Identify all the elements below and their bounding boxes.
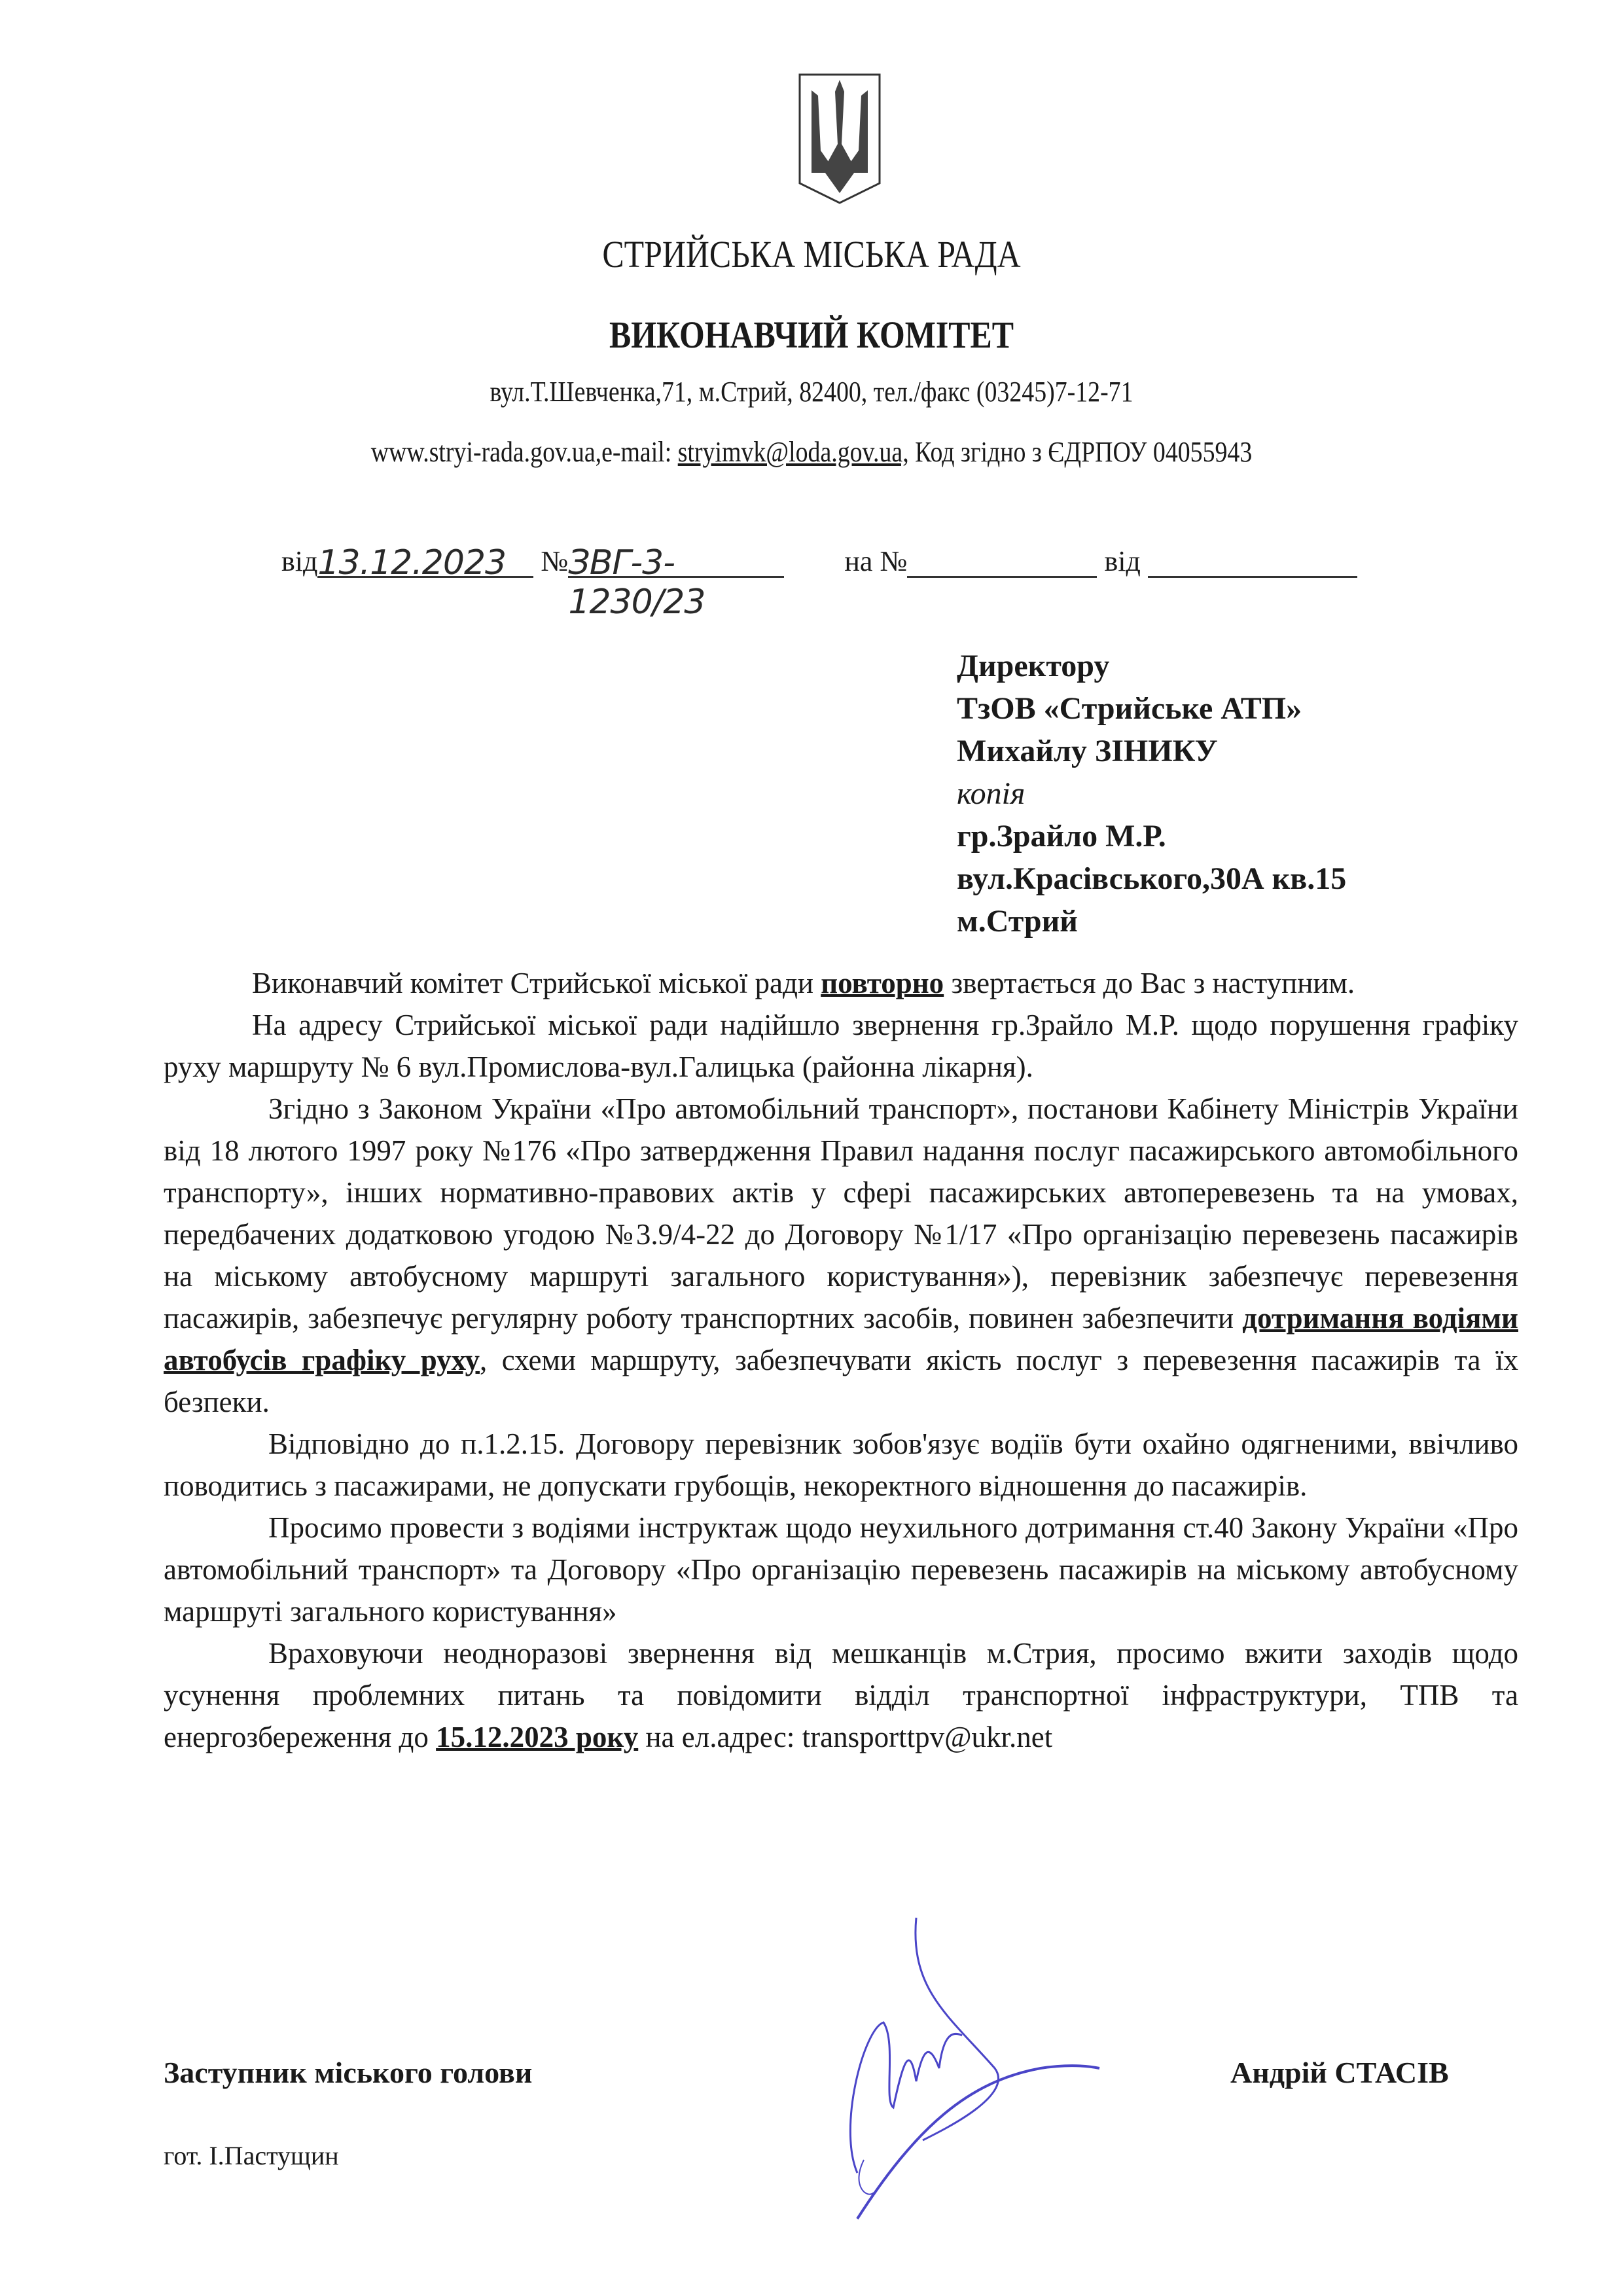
from-label: від [281,545,317,577]
organization-address: вул.Т.Шевченка,71, м.Стрий, 82400, тел./… [114,375,1510,408]
emphasis-repeatedly: повторно [821,967,944,999]
letter-body: Виконавчий комітет Стрийської міської ра… [164,962,1518,1758]
copy-recipient-city: м.Стрий [957,900,1346,942]
website-text: www.stryi-rada.gov.ua,e-mail: [371,436,678,468]
handwritten-signature-icon [753,1911,1178,2225]
paragraph-5: Просимо провести з водіями інструктаж що… [164,1507,1518,1632]
number-label: № [541,545,568,577]
signatory-title: Заступник міського голови [164,2055,532,2090]
reply-number-field [907,543,1097,578]
addressee-company: ТзОВ «Стрийське АТП» [957,687,1346,730]
copy-label: копія [957,772,1346,815]
emphasis-deadline: 15.12.2023 року [436,1721,638,1753]
addressee-position: Директору [957,645,1346,687]
number-field: ЗВГ-3-1230/23 [568,543,784,578]
reply-from-label: від [1104,545,1140,577]
edrpou-code: Код згідно з ЄДРПОУ 04055943 [909,436,1253,468]
committee-name: ВИКОНАВЧИЙ КОМІТЕТ [114,313,1510,357]
email-link[interactable]: stryimvk@loda.gov.ua, [678,436,909,468]
organization-contacts: www.stryi-rada.gov.ua,e-mail: stryimvk@l… [114,435,1510,469]
date-field: 13.12.2023 [317,543,533,578]
number-handwritten: ЗВГ-3-1230/23 [568,543,705,622]
paragraph-6: Враховуючи неодноразові звернення від ме… [164,1632,1518,1758]
copy-recipient-street: вул.Красівського,30А кв.15 [957,857,1346,900]
date-handwritten: 13.12.2023 [317,543,506,583]
paragraph-1: Виконавчий комітет Стрийської міської ра… [164,962,1518,1004]
paragraph-4: Відповідно до п.1.2.15. Договору перевіз… [164,1423,1518,1507]
coat-of-arms-trident-icon [797,72,882,206]
addressee-name: Михайлу ЗІНИКУ [957,730,1346,772]
paragraph-3: Згідно з Законом України «Про автомобіль… [164,1088,1518,1423]
reply-date-field [1148,543,1357,578]
copy-recipient: гр.Зрайло М.Р. [957,815,1346,857]
registration-line: від13.12.2023 №ЗВГ-3-1230/23 на № від [281,543,1525,641]
prepared-by: гот. І.Пастущин [164,2140,339,2171]
signatory-name: Андрій СТАСІВ [1230,2055,1449,2090]
reply-label: на № [844,545,907,577]
addressee-block: Директору ТзОВ «Стрийське АТП» Михайлу З… [957,645,1346,942]
paragraph-2: На адресу Стрийської міської ради надійш… [164,1004,1518,1088]
organization-name: СТРИЙСЬКА МІСЬКА РАДА [114,232,1510,276]
